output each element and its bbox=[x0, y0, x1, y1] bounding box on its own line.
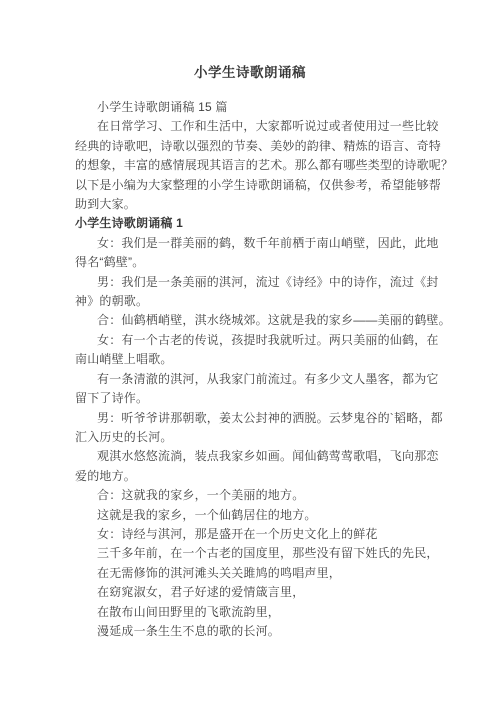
text-line: 经典的诗歌吧，诗歌以强烈的节奏、美妙的韵律、精炼的语言、奇特 bbox=[75, 137, 445, 156]
text-line: 的想象，丰富的感情展现其语言的艺术。那么都有哪些类型的诗歌呢？ bbox=[75, 156, 445, 175]
text-line: 在散布山间田野里的飞歌流韵里， bbox=[75, 603, 445, 622]
text-line: 女：我们是一群美丽的鹤，数千年前栖于南山峭壁，因此，此地 bbox=[75, 234, 445, 253]
document-page: 小学生诗歌朗诵稿 小学生诗歌朗诵稿 15 篇在日常学习、工作和生活中，大家都听说… bbox=[0, 0, 500, 707]
text-line: 南山峭壁上唱歌。 bbox=[75, 350, 445, 369]
text-line: 合：这就我的家乡，一个美丽的地方。 bbox=[75, 486, 445, 505]
text-line: 以下是小编为大家整理的小学生诗歌朗诵稿，仅供参考，希望能够帮 bbox=[75, 176, 445, 195]
text-line: 合：仙鹤栖峭壁，淇水绕城郊。这就是我的家乡——美丽的鹤壁。 bbox=[75, 311, 445, 330]
text-line: 观淇水悠悠流淌，装点我家乡如画。闻仙鹤莺莺歌唱，飞向那恋 bbox=[75, 447, 445, 466]
text-line: 在日常学习、工作和生活中，大家都听说过或者使用过一些比较 bbox=[75, 117, 445, 136]
text-line: 爱的地方。 bbox=[75, 467, 445, 486]
document-title: 小学生诗歌朗诵稿 bbox=[0, 61, 500, 81]
document-body: 小学生诗歌朗诵稿 15 篇在日常学习、工作和生活中，大家都听说过或者使用过一些比… bbox=[75, 98, 445, 641]
text-line: 漫延成一条生生不息的歌的长河。 bbox=[75, 622, 445, 641]
text-line: 女：诗经与淇河，那是盛开在一个历史文化上的鲜花 bbox=[75, 525, 445, 544]
text-line: 这就是我的家乡，一个仙鹤居住的地方。 bbox=[75, 506, 445, 525]
text-line: 汇入历史的长河。 bbox=[75, 428, 445, 447]
text-line: 神》的朝歌。 bbox=[75, 292, 445, 311]
text-line: 在无需修饰的淇河滩头关关雎鸠的鸣唱声里， bbox=[75, 564, 445, 583]
text-line: 有一条清澈的淇河，从我家门前流过。有多少文人墨客，都为它 bbox=[75, 370, 445, 389]
text-line: 男：我们是一条美丽的淇河，流过《诗经》中的诗作，流过《封 bbox=[75, 273, 445, 292]
text-line: 在窈窕淑女，君子好逑的爱情箴言里， bbox=[75, 583, 445, 602]
text-line: 女：有一个古老的传说，孩提时我就听过。两只美丽的仙鹤，在 bbox=[75, 331, 445, 350]
text-line: 三千多年前，在一个古老的国度里，那些没有留下姓氏的先民， bbox=[75, 544, 445, 563]
text-line: 小学生诗歌朗诵稿 15 篇 bbox=[75, 98, 445, 117]
text-line: 得名“鹤壁”。 bbox=[75, 253, 445, 272]
text-line: 助到大家。 bbox=[75, 195, 445, 214]
text-line: 留下了诗作。 bbox=[75, 389, 445, 408]
text-line: 男：听爷爷讲那朝歌，姜太公封神的洒脱。云梦鬼谷的`韬略，都 bbox=[75, 409, 445, 428]
section-heading: 小学生诗歌朗诵稿 1 bbox=[75, 214, 445, 233]
